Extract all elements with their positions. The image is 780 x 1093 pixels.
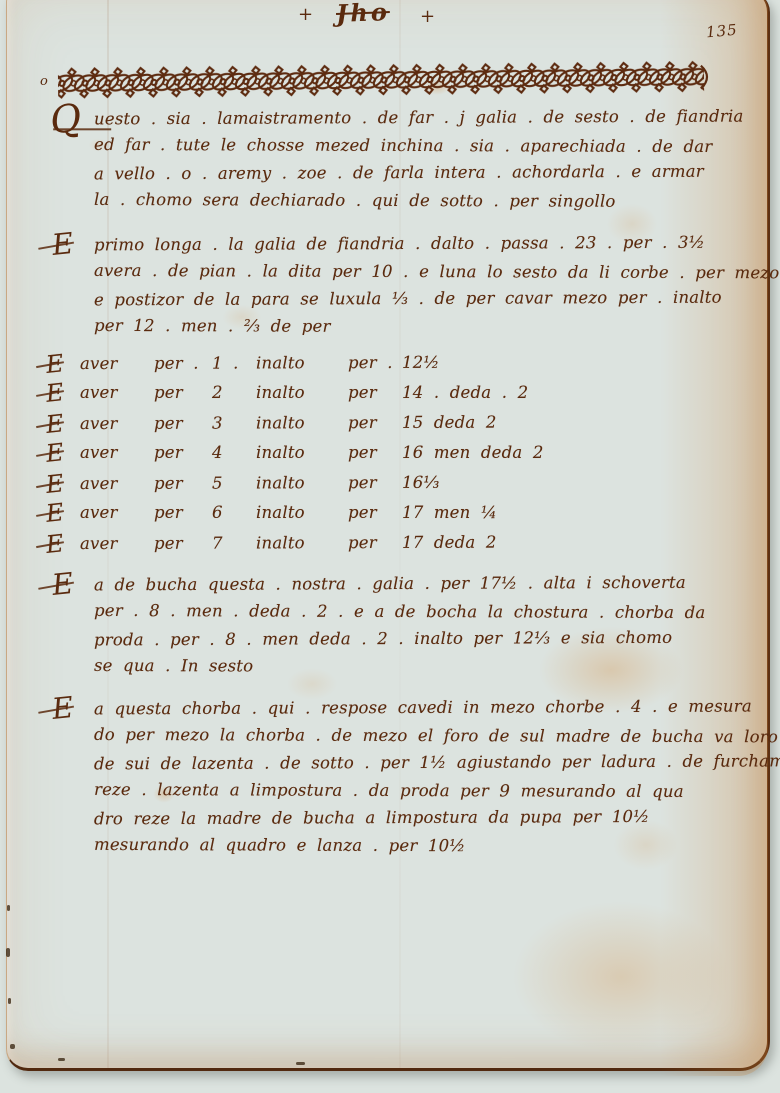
manuscript-line: se qua . In sesto [94,651,718,681]
manuscript-paragraph: Ea questa chorba . qui . respose cavedi … [50,694,718,859]
measure-cell: inalto [256,348,348,378]
measure-cell: 16 men deda 2 [402,438,718,468]
measure-cell: 7 [212,528,256,558]
manuscript-line: dro reze la madre de bucha a limpostura … [94,803,718,833]
margin-mark: o [40,74,48,89]
measure-cell: 17 deda 2 [402,527,718,558]
manuscript-line: avera . de pian . la dita per 10 . e lun… [94,256,718,286]
manuscript-line: primo longa . la galia de fiandria . dal… [94,229,718,259]
edge-chip [58,1058,65,1061]
measure-cell: per [154,529,212,559]
measure-cell: 5 [212,468,256,498]
measure-row: Eaverper2inaltoper14 . deda . 2 [50,378,718,408]
measure-row: Eaverper4inaltoper16 men deda 2 [50,438,718,468]
measure-cell: 17 men ¼ [402,498,718,528]
measure-cell: 3 [212,408,256,438]
braid-border-ornament [56,58,711,103]
initial-letter: E [44,408,65,440]
measure-cell: per [154,409,212,439]
measure-cell: per . [154,349,212,379]
measure-cell: per [154,498,212,528]
manuscript-line: ed far . tute le chosse mezed inchina . … [94,130,718,160]
manuscript-line: proda . per . 8 . men deda . 2 . inalto … [94,624,718,654]
measure-cell: aver [80,409,154,439]
initial-letter: E [50,690,75,726]
initial-letter: E [44,528,65,560]
initial-letter: E [50,226,75,262]
measure-cell: aver [80,469,154,499]
measure-row: Eaverper5inaltoper16⅓ [50,467,718,499]
initial-letter: E [44,497,65,529]
measure-cell: inalto [256,498,348,528]
measure-cell: 12½ [402,347,718,378]
measure-cell: per [348,468,402,498]
initial-letter: E [44,468,65,500]
measure-row: Eaverper7inaltoper17 deda 2 [50,527,718,559]
measure-cell: per [154,438,212,468]
manuscript-line: de sui de lazenta . de sotto . per 1½ ag… [94,748,718,778]
measure-cell: inalto [256,528,348,558]
edge-chip [296,1062,305,1065]
manuscript-line: per 12 . men . ⅔ de per [94,311,718,341]
manuscript-line: reze . lazenta a limpostura . da proda p… [94,775,718,805]
manuscript-paragraph: Questo . sia . lamaistramento . de far .… [50,104,718,214]
initial-letter: E [44,348,65,380]
initial-letter: E [44,437,65,469]
manuscript-line: e postizor de la para se luxula ⅓ . de p… [94,284,718,314]
header-cross-left-mark: + [298,4,313,25]
initial-letter: Q [48,95,84,142]
measure-cell: inalto [256,408,348,438]
measure-cell: 16⅓ [402,467,718,498]
initial-letter: E [44,377,65,409]
manuscript-photo: + Jho + 135 o Questo . sia . lamaist [0,0,780,1093]
initial-letter: E [50,566,75,602]
measure-cell: aver [80,378,154,408]
measure-cell: aver [80,349,154,379]
measure-cell: inalto [256,438,348,468]
edge-chip [8,998,11,1004]
manuscript-paragraph: Eprimo longa . la galia de fiandria . da… [50,230,718,340]
measure-cell: per [154,378,212,408]
manuscript-line: la . chomo sera dechiarado . qui de sott… [94,185,718,215]
measure-row: Eaverper6inaltoper17 men ¼ [50,498,718,528]
measure-cell: per [348,408,402,438]
measure-list: Eaverper .1 .inaltoper .12½Eaverper2inal… [50,348,718,558]
measure-cell: 1 . [212,348,256,378]
edge-chip [10,1044,15,1049]
measure-cell: 2 [212,378,256,408]
measure-cell: per [348,528,402,558]
measure-cell: 15 deda 2 [402,407,718,438]
measure-cell: 6 [212,498,256,528]
measure-cell: aver [80,529,154,559]
foxing-stain [471,872,771,1082]
measure-cell: aver [80,438,154,468]
header-cross-right-mark: + [420,6,435,27]
manuscript-line: mesurando al quadro e lanza . per 10½ [94,830,718,860]
measure-cell: per [154,469,212,499]
manuscript-line: uesto . sia . lamaistramento . de far . … [94,103,718,133]
measure-cell: per [348,438,402,468]
measure-cell: 4 [212,438,256,468]
edge-chip [7,905,10,911]
edge-chip [6,948,10,957]
manuscript-text: Questo . sia . lamaistramento . de far .… [50,104,718,859]
folio-page-number: 135 [705,21,738,42]
measure-cell: per [348,498,402,528]
measure-row: Eaverper3inaltoper15 deda 2 [50,407,718,439]
measure-row: Eaverper .1 .inaltoper .12½ [50,347,718,379]
measure-cell: aver [80,498,154,528]
manuscript-paragraph: Ea de bucha questa . nostra . galia . pe… [50,570,718,680]
measure-cell: inalto [256,468,348,498]
measure-cell: per . [348,348,402,378]
manuscript-line: per . 8 . men . deda . 2 . e a de bocha … [94,596,718,626]
measure-cell: per [348,378,402,408]
header-christogram: Jho [336,0,391,28]
measure-cell: 14 . deda . 2 [402,378,718,408]
measure-cell: inalto [256,378,348,408]
manuscript-line: do per mezo la chorba . de mezo el foro … [94,720,718,750]
manuscript-line: a questa chorba . qui . respose cavedi i… [94,693,718,723]
manuscript-line: a de bucha questa . nostra . galia . per… [94,569,718,599]
manuscript-line: a vello . o . aremy . zoe . de farla int… [94,158,718,188]
